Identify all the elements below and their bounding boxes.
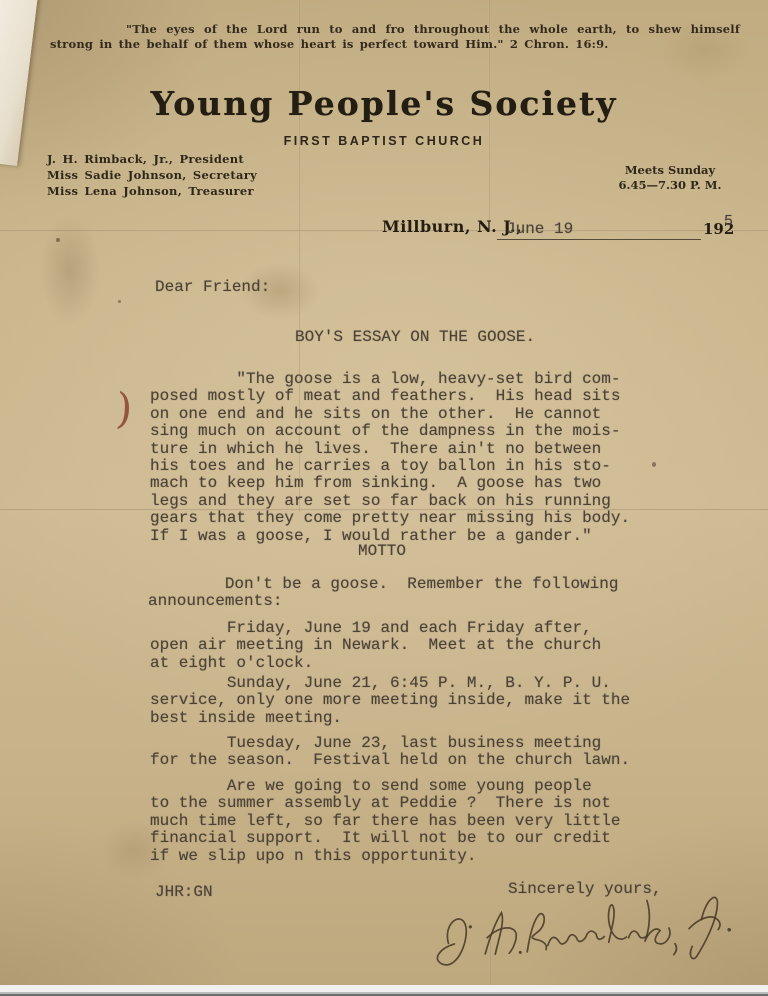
officer-president: J. H. Rimback, Jr., President (47, 151, 257, 167)
dateline-place: Millburn, N. J., (382, 217, 522, 236)
speck (118, 300, 121, 303)
tuesday-announcement: Tuesday, June 23, last business meeting … (150, 735, 630, 770)
typed-date: June 19 (506, 221, 573, 238)
meeting-time: Meets Sunday 6.45—7.30 P. M. (600, 163, 740, 193)
handwritten-margin-mark: ) (114, 383, 134, 433)
meeting-hours: 6.45—7.30 P. M. (600, 178, 740, 193)
church-name: FIRST BAPTIST CHURCH (0, 134, 768, 148)
scripture-quote: "The eyes of the Lord run to and fro thr… (50, 22, 740, 51)
typist-initials: JHR:GN (155, 884, 213, 901)
officer-treasurer: Miss Lena Johnson, Treasurer (47, 183, 257, 199)
meeting-day: Meets Sunday (600, 163, 740, 178)
date-rule (497, 239, 701, 240)
salutation: Dear Friend: (155, 279, 270, 296)
speck (652, 462, 656, 467)
motto-paragraph: Don't be a goose. Remember the following… (148, 576, 618, 611)
speck (56, 238, 60, 242)
scanner-background-strip (0, 985, 768, 996)
officers-list: J. H. Rimback, Jr., President Miss Sadie… (47, 151, 257, 199)
year-typed-digit: 5 (724, 213, 733, 230)
letter-paper: "The eyes of the Lord run to and fro thr… (0, 0, 768, 985)
stain (40, 215, 100, 325)
sunday-announcement: Sunday, June 21, 6:45 P. M., B. Y. P. U.… (150, 675, 630, 727)
signature-ink (415, 879, 750, 982)
motto-heading: MOTTO (358, 543, 406, 560)
friday-announcement: Friday, June 19 and each Friday after, o… (150, 620, 601, 672)
essay-heading: BOY'S ESSAY ON THE GOOSE. (295, 329, 535, 346)
officer-secretary: Miss Sadie Johnson, Secretary (47, 167, 257, 183)
peddie-paragraph: Are we going to send some young people t… (150, 778, 620, 865)
organization-title: Young People's Society (0, 84, 768, 123)
scanned-letter-page: { "scripture": { "text": "\"The eyes of … (0, 0, 768, 996)
essay-paragraph: "The goose is a low, heavy-set bird com-… (150, 371, 630, 545)
handwritten-signature (415, 879, 750, 987)
